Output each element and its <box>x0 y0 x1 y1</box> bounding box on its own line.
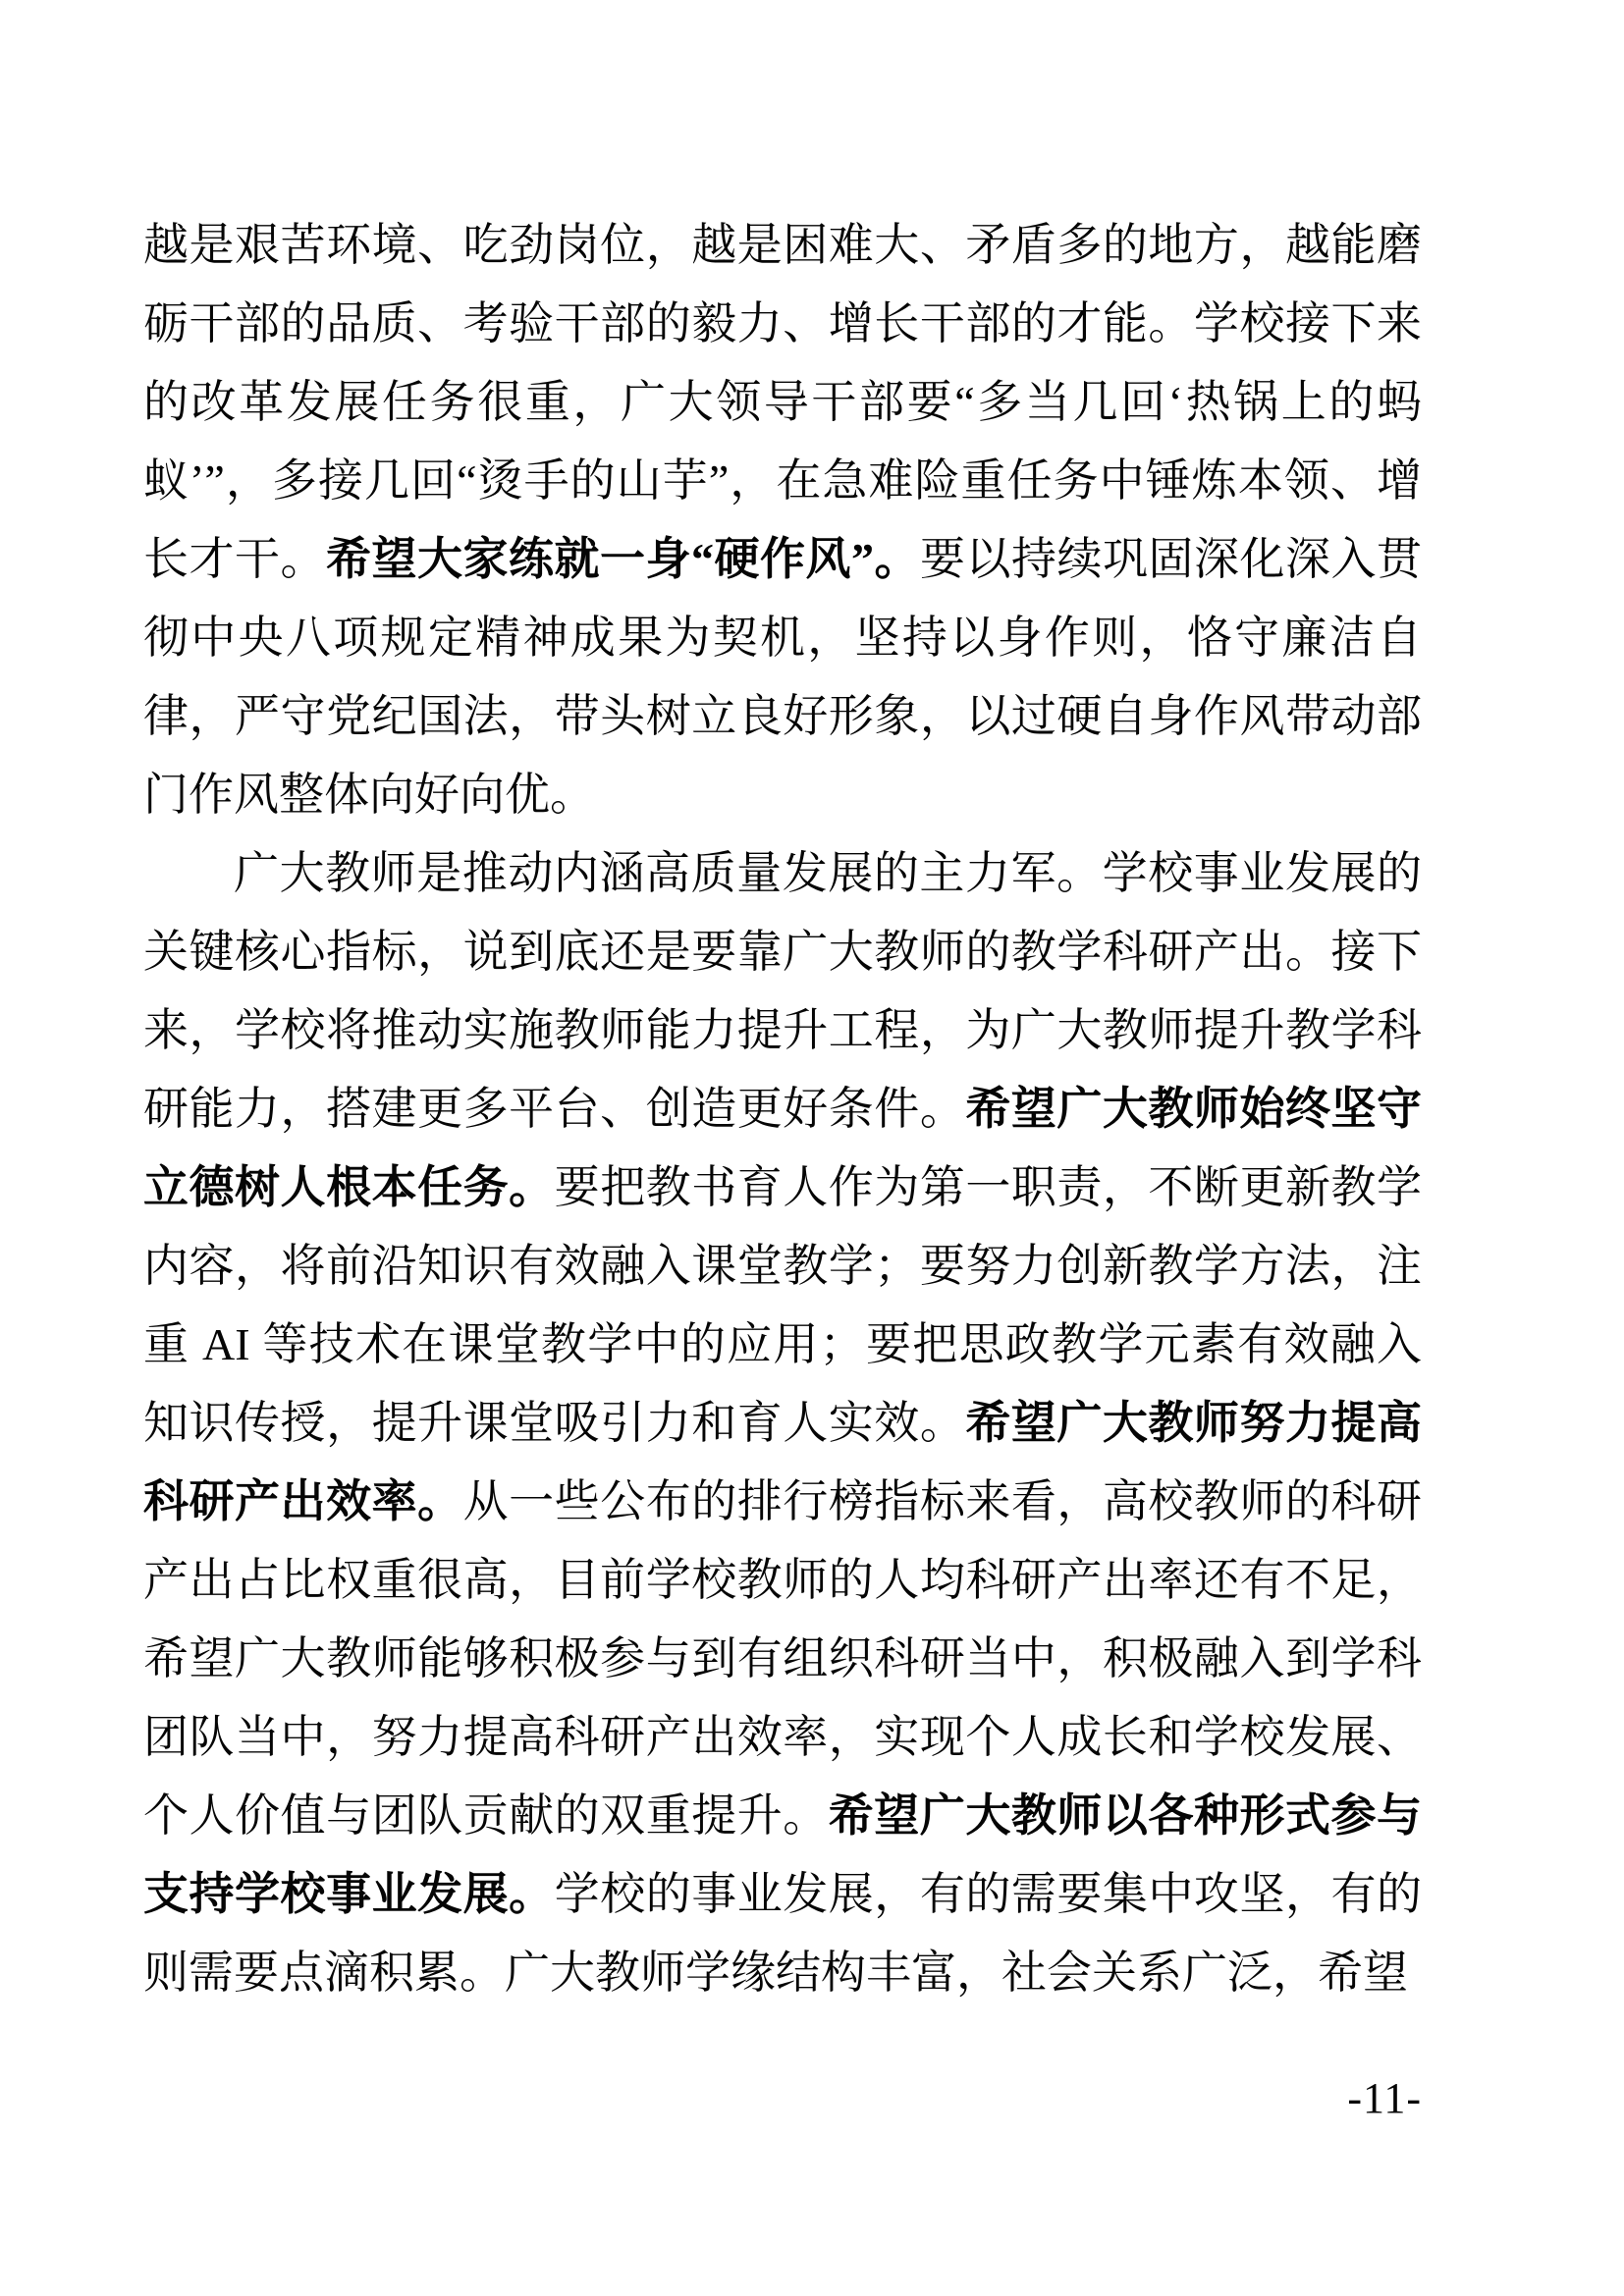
document-page: 越是艰苦环境、吃劲岗位，越是困难大、矛盾多的地方，越能磨砺干部的品质、考验干部的… <box>0 0 1624 2296</box>
document-body: 越是艰苦环境、吃劲岗位，越是困难大、矛盾多的地方，越能磨砺干部的品质、考验干部的… <box>143 206 1422 2012</box>
paragraph: 广大教师是推动内涵高质量发展的主力军。学校事业发展的关键核心指标，说到底还是要靠… <box>143 834 1422 2012</box>
bold-text-run: 希望大家练就一身“硬作风”。 <box>326 534 920 584</box>
text-run: 越是艰苦环境、吃劲岗位，越是困难大、矛盾多的地方，越能磨砺干部的品质、考验干部的… <box>143 220 1422 584</box>
text-run: 从一些公布的排行榜指标来看，高校教师的科研产出占比权重很高，目前学校教师的人均科… <box>143 1476 1422 1841</box>
paragraph: 越是艰苦环境、吃劲岗位，越是困难大、矛盾多的地方，越能磨砺干部的品质、考验干部的… <box>143 206 1422 834</box>
page-number: -11- <box>1347 2073 1422 2124</box>
